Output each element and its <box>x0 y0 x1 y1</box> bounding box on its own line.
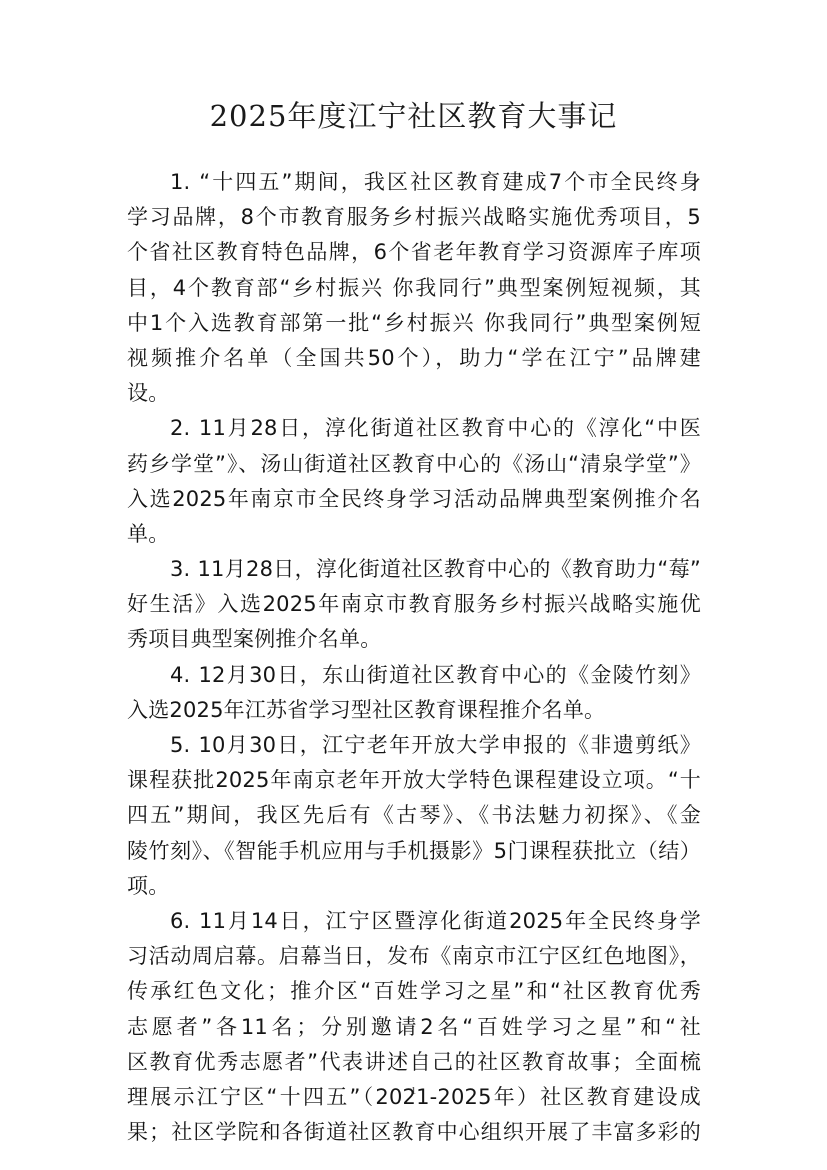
text-line: 好生活》入选2025年南京市教育服务乡村振兴战略实施优 <box>127 587 701 622</box>
text-line: 项。 <box>127 869 701 904</box>
text-line: 2. 11月28日，淳化街道社区教育中心的《淳化“中医 <box>127 411 701 446</box>
paragraph-2: 2. 11月28日，淳化街道社区教育中心的《淳化“中医 药乡学堂”》、汤山街道社… <box>127 411 701 552</box>
document-body: 1. “十四五”期间，我区社区教育建成7个市全民终身 学习品牌，8个市教育服务乡… <box>127 165 701 1150</box>
text-line: 入选2025年江苏省学习型社区教育课程推介名单。 <box>127 693 701 728</box>
text-line: 学习品牌，8个市教育服务乡村振兴战略实施优秀项目，5 <box>127 200 701 235</box>
document-page: 2025年度江宁社区教育大事记 1. “十四五”期间，我区社区教育建成7个市全民… <box>0 0 827 1170</box>
paragraph-6: 6. 11月14日，江宁区暨淳化街道2025年全民终身学 习活动周启幕。启幕当日… <box>127 904 701 1150</box>
text-line: 视频推介名单（全国共50个），助力“学在江宁”品牌建 <box>127 341 701 376</box>
text-line: 设。 <box>127 376 701 411</box>
text-line: 入选2025年南京市全民终身学习活动品牌典型案例推介名 <box>127 482 701 517</box>
text-line: 课程获批2025年南京老年开放大学特色课程建设立项。“十 <box>127 763 701 798</box>
text-line: 单。 <box>127 517 701 552</box>
text-line: 5. 10月30日，江宁老年开放大学申报的《非遗剪纸》 <box>127 728 701 763</box>
text-line: 志愿者”各11名；分别邀请2名“百姓学习之星”和“社 <box>127 1010 701 1045</box>
text-line: 3. 11月28日，淳化街道社区教育中心的《教育助力“莓” <box>127 552 701 587</box>
text-line: 药乡学堂”》、汤山街道社区教育中心的《汤山“清泉学堂”》 <box>127 447 701 482</box>
text-line: 秀项目典型案例推介名单。 <box>127 622 701 657</box>
text-line: 果；社区学院和各街道社区教育中心组织开展了丰富多彩的 <box>127 1115 701 1150</box>
paragraph-1: 1. “十四五”期间，我区社区教育建成7个市全民终身 学习品牌，8个市教育服务乡… <box>127 165 701 411</box>
text-line: 传承红色文化；推介区“百姓学习之星”和“社区教育优秀 <box>127 974 701 1009</box>
paragraph-4: 4. 12月30日，东山街道社区教育中心的《金陵竹刻》 入选2025年江苏省学习… <box>127 658 701 728</box>
text-line: 个省社区教育特色品牌，6个省老年教育学习资源库子库项 <box>127 235 701 270</box>
text-line: 四五”期间，我区先后有《古琴》、《书法魅力初探》、《金 <box>127 798 701 833</box>
paragraph-3: 3. 11月28日，淳化街道社区教育中心的《教育助力“莓” 好生活》入选2025… <box>127 552 701 658</box>
paragraph-5: 5. 10月30日，江宁老年开放大学申报的《非遗剪纸》 课程获批2025年南京老… <box>127 728 701 904</box>
document-title: 2025年度江宁社区教育大事记 <box>0 98 827 134</box>
text-line: 6. 11月14日，江宁区暨淳化街道2025年全民终身学 <box>127 904 701 939</box>
text-line: 目，4个教育部“乡村振兴 你我同行”典型案例短视频，其 <box>127 271 701 306</box>
text-line: 习活动周启幕。启幕当日，发布《南京市江宁区红色地图》， <box>127 939 701 974</box>
page-number: 1 <box>0 1085 827 1097</box>
text-line: 陵竹刻》、《智能手机应用与手机摄影》5门课程获批立（结） <box>127 834 701 869</box>
text-line: 1. “十四五”期间，我区社区教育建成7个市全民终身 <box>127 165 701 200</box>
text-line: 区教育优秀志愿者”代表讲述自己的社区教育故事；全面梳 <box>127 1045 701 1080</box>
text-line: 中1个入选教育部第一批“乡村振兴 你我同行”典型案例短 <box>127 306 701 341</box>
text-line: 4. 12月30日，东山街道社区教育中心的《金陵竹刻》 <box>127 658 701 693</box>
